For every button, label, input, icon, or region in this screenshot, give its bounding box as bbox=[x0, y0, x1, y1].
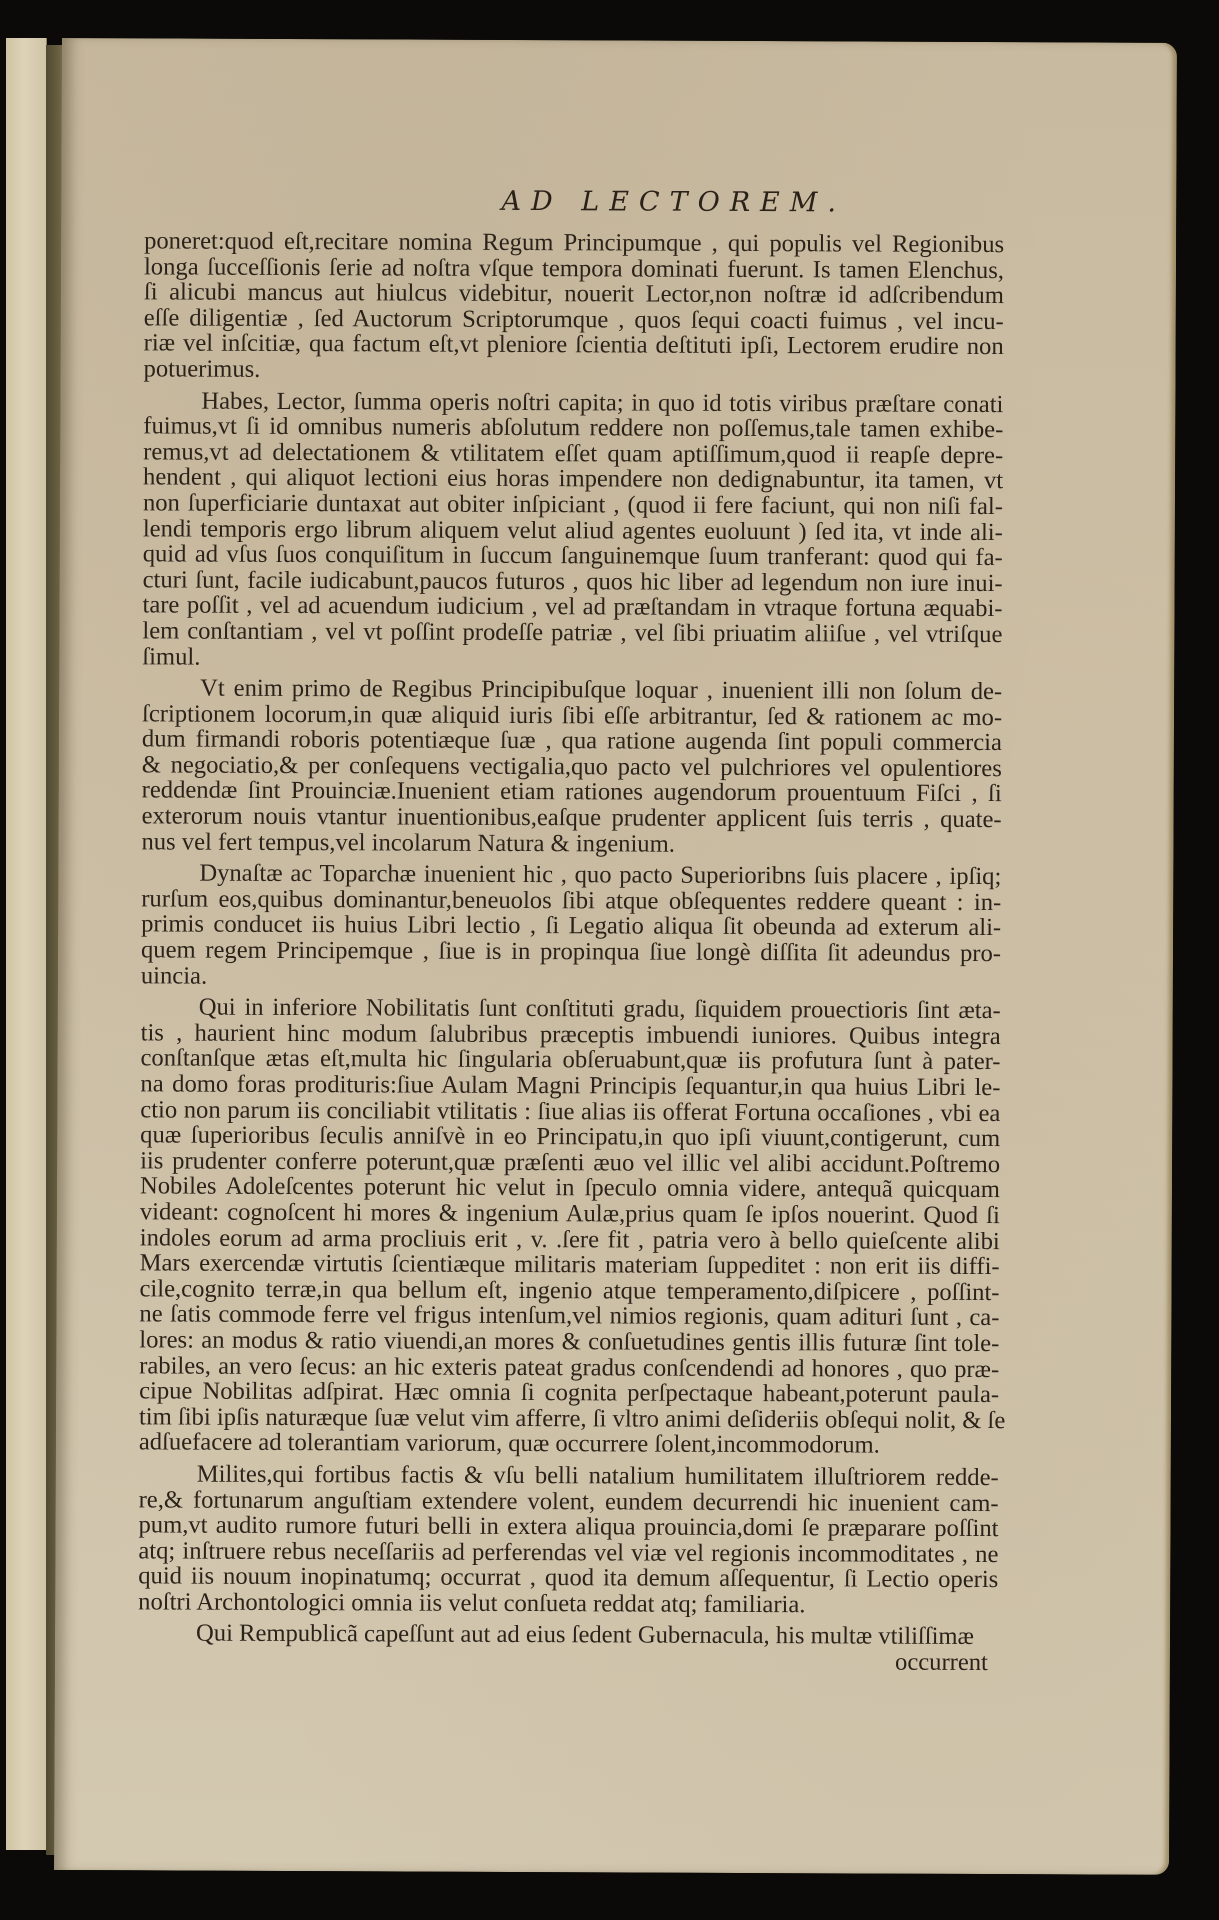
paragraph: Qui in inferiore Nobilitatis ſunt conſti… bbox=[139, 995, 1001, 1459]
body-text: poneret:quod eſt,recitare nomina Regum P… bbox=[138, 228, 1004, 1675]
text-line: quem regem Principemque , ſiue is in pro… bbox=[141, 937, 1001, 966]
scanned-book-spread: AD LECTOREM. poneret:quod eſt,recitare n… bbox=[0, 0, 1219, 1920]
text-line: adſuefacere ad tolerantiam variorum, quæ… bbox=[139, 1430, 999, 1459]
text-line: riæ vel inſcitiæ, qua factum eſt,vt plen… bbox=[144, 331, 1004, 360]
paragraph: Dynaſtæ ac Toparchæ inuenient hic , quo … bbox=[141, 861, 1002, 993]
text-line: noſtri Archontologici omnia iis velut co… bbox=[138, 1589, 998, 1618]
text-line: potuerimus. bbox=[144, 356, 1004, 385]
paragraph: Milites,qui fortibus factis & vſu belli … bbox=[138, 1461, 999, 1618]
paragraph: Habes, Lector, ſumma operis noſtri capit… bbox=[142, 388, 1003, 673]
catchword: occurrent bbox=[138, 1646, 998, 1675]
running-head: AD LECTOREM. bbox=[61, 184, 1176, 220]
text-line: uincia. bbox=[141, 963, 1001, 992]
paragraph: Vt enim primo de Regibus Principibuſque … bbox=[141, 675, 1002, 858]
paragraph: poneret:quod eſt,recitare nomina Regum P… bbox=[144, 228, 1005, 385]
text-line: lem conſtantiam , vel vt poſſint prodeſſ… bbox=[142, 618, 1002, 647]
text-line: Qui Rempublicã capeſſunt aut ad eius ſed… bbox=[138, 1621, 998, 1650]
paragraph: Qui Rempublicã capeſſunt aut ad eius ſed… bbox=[138, 1621, 998, 1650]
book-page: AD LECTOREM. poneret:quod eſt,recitare n… bbox=[54, 38, 1177, 1875]
text-line: nus vel fert tempus,vel incolarum Natura… bbox=[141, 829, 1001, 858]
text-line: ſimul. bbox=[142, 644, 1002, 673]
previous-page-edge bbox=[6, 38, 47, 1850]
